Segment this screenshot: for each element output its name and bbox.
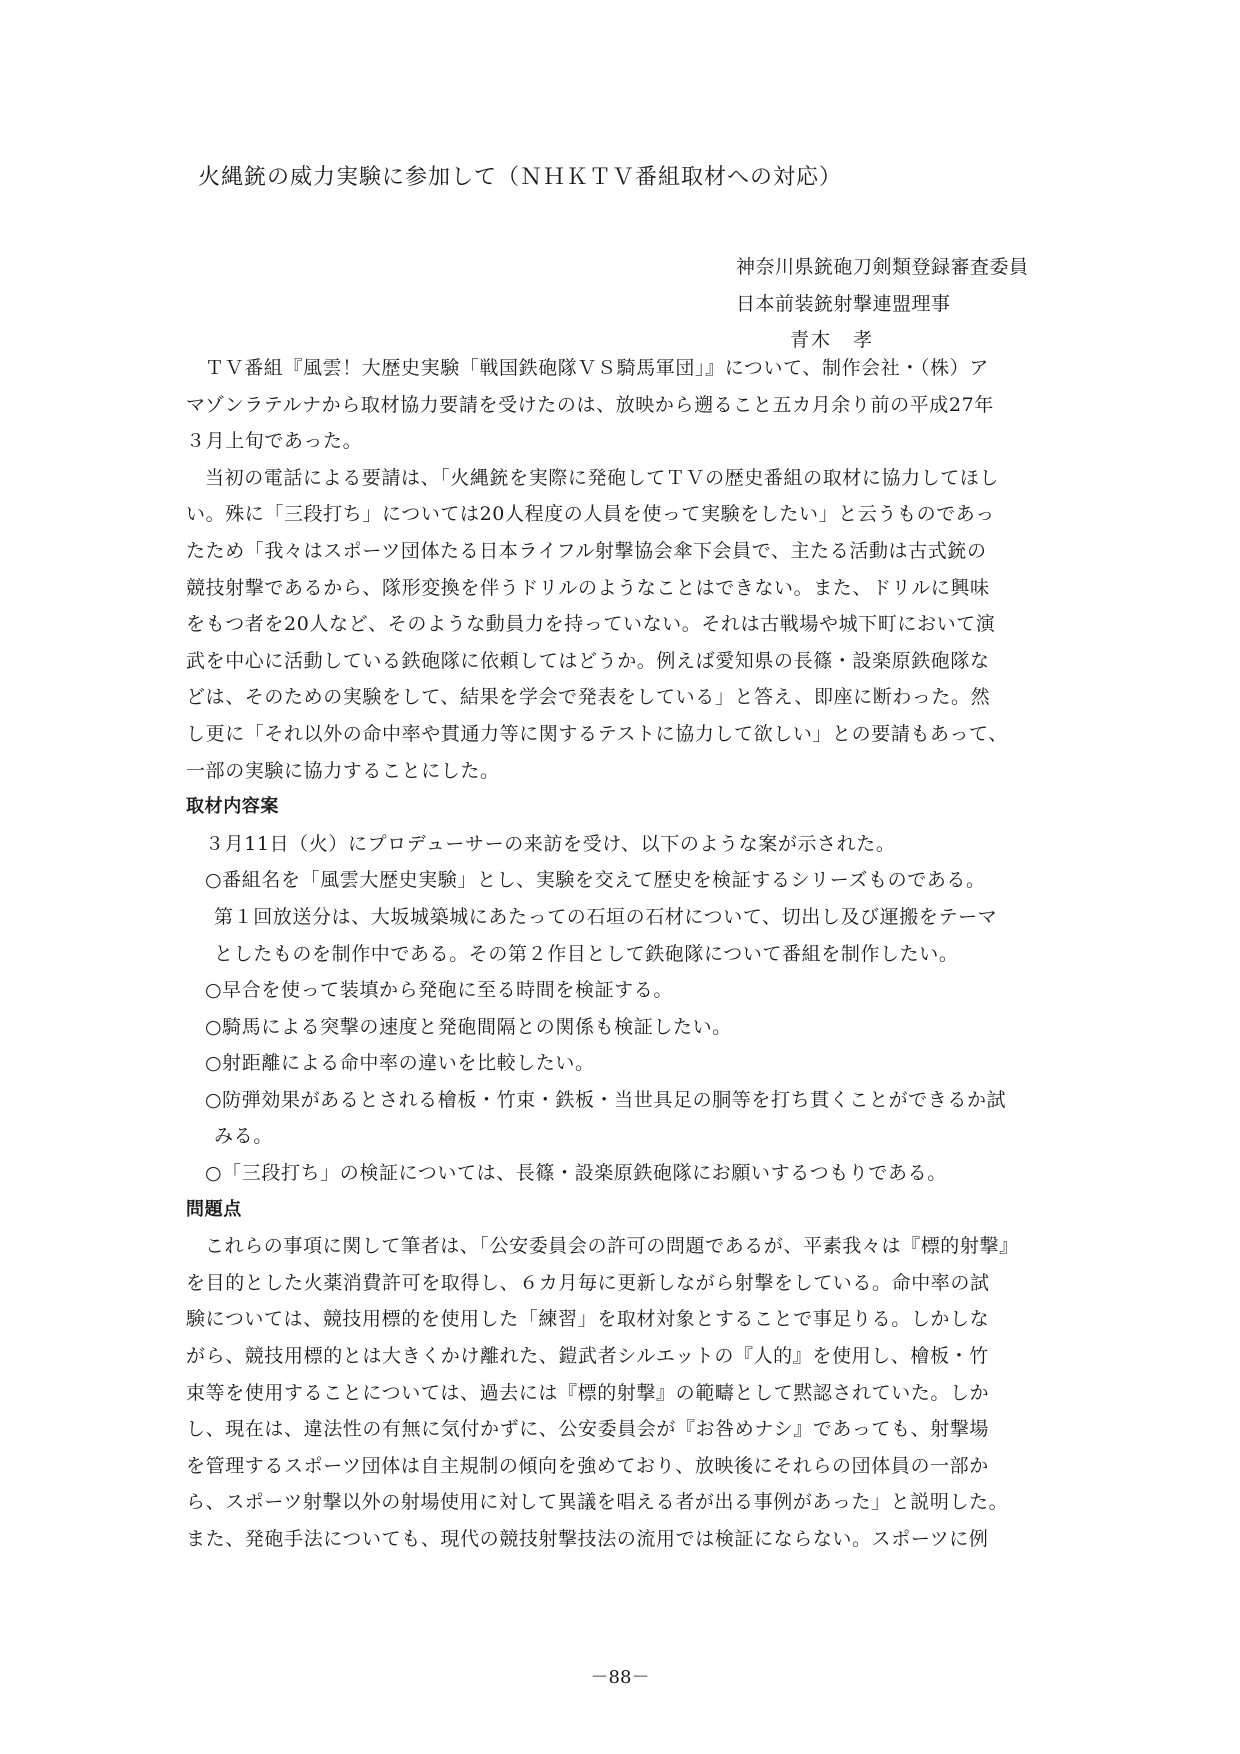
paragraph-line: をもつ者を20人など、そのような動員力を持っていない。それは古戦場や城下町におい… <box>186 606 1096 643</box>
paragraph-line: がら、競技用標的とは大きくかけ離れた、鎧武者シルエットの『人的』を使用し、檜板・… <box>186 1338 1096 1375</box>
section-heading: 問題点 <box>186 1192 1096 1229</box>
article-body: ＴＶ番組『風雲！大歴史実験「戦国鉄砲隊ＶＳ騎馬軍団」』について、制作会社・（株）… <box>186 350 1096 1558</box>
paragraph-line: 当初の電話による要請は、「火縄銃を実際に発砲してＴＶの歴史番組の取材に協力してほ… <box>186 460 1096 497</box>
list-item: ○早合を使って装填から発砲に至る時間を検証する。 <box>186 972 1096 1009</box>
list-item-continuation: みる。 <box>186 1118 1096 1155</box>
page-number: －88－ <box>0 1663 1240 1689</box>
paragraph-line: どは、そのための実験をして、結果を学会で発表をしている」と答え、即座に断わった。… <box>186 679 1096 716</box>
paragraph-line: し更に「それ以外の命中率や貫通力等に関するテストに協力して欲しい」との要請もあっ… <box>186 716 1096 753</box>
paragraph-line: たため「我々はスポーツ団体たる日本ライフル射撃協会傘下会員で、主たる活動は古式銃… <box>186 533 1096 570</box>
paragraph-line: これらの事項に関して筆者は、「公安委員会の許可の問題であるが、平素我々は『標的射… <box>186 1228 1096 1265</box>
paragraph-line: 束等を使用することについては、過去には『標的射撃』の範疇として黙認されていた。し… <box>186 1375 1096 1412</box>
paragraph-line: 一部の実験に協力することにした。 <box>186 753 1096 790</box>
paragraph-line: ら、スポーツ射撃以外の射場使用に対して異議を唱える者が出る事例があった」と説明し… <box>186 1484 1096 1521</box>
author-name: 青木 孝 <box>790 325 874 352</box>
list-item-continuation: としたものを制作中である。その第２作目として鉄砲隊について番組を制作したい。 <box>186 936 1096 973</box>
paragraph-line: また、発砲手法についても、現代の競技射撃技法の流用では検証にならない。スポーツに… <box>186 1521 1096 1558</box>
article-title: 火縄銃の威力実験に参加して（ＮＨＫＴＶ番組取材への対応） <box>198 160 842 191</box>
list-item: ○番組名を「風雲大歴史実験」とし、実験を交えて歴史を検証するシリーズものである。 <box>186 862 1096 899</box>
section-heading: 取材内容案 <box>186 789 1096 826</box>
paragraph-line: 競技射撃であるから、隊形変換を伴うドリルのようなことはできない。また、ドリルに興… <box>186 570 1096 607</box>
list-item: ○「三段打ち」の検証については、長篠・設楽原鉄砲隊にお願いするつもりである。 <box>186 1155 1096 1192</box>
paragraph-line: 験については、競技用標的を使用した「練習」を取材対象とすることで事足りる。しかし… <box>186 1301 1096 1338</box>
paragraph-line: ３月11日（火）にプロデューサーの来訪を受け、以下のような案が示された。 <box>186 826 1096 863</box>
paragraph-line: し、現在は、違法性の有無に気付かずに、公安委員会が『お咎めナシ』であっても、射撃… <box>186 1411 1096 1448</box>
paragraph-line: を目的とした火薬消費許可を取得し、６カ月毎に更新しながら射撃をしている。命中率の… <box>186 1265 1096 1302</box>
paragraph-line: い。殊に「三段打ち」については20人程度の人員を使って実験をしたい」と云うもので… <box>186 496 1096 533</box>
paragraph-line: ＴＶ番組『風雲！大歴史実験「戦国鉄砲隊ＶＳ騎馬軍団」』について、制作会社・（株）… <box>186 350 1096 387</box>
author-affiliation-2: 日本前装銃射撃連盟理事 <box>736 289 951 316</box>
paragraph-line: ３月上旬であった。 <box>186 423 1096 460</box>
paragraph-line: 武を中心に活動している鉄砲隊に依頼してはどうか。例えば愛知県の長篠・設楽原鉄砲隊… <box>186 643 1096 680</box>
author-affiliation-1: 神奈川県銃砲刀剣類登録審査委員 <box>736 252 1029 279</box>
paragraph-line: を管理するスポーツ団体は自主規制の傾向を強めており、放映後にそれらの団体員の一部… <box>186 1448 1096 1485</box>
document-page: 火縄銃の威力実験に参加して（ＮＨＫＴＶ番組取材への対応） 神奈川県銃砲刀剣類登録… <box>0 0 1240 1754</box>
paragraph-line: マゾンラテルナから取材協力要請を受けたのは、放映から遡ること五カ月余り前の平成2… <box>186 387 1096 424</box>
list-item: ○射距離による命中率の違いを比較したい。 <box>186 1045 1096 1082</box>
list-item: ○防弾効果があるとされる檜板・竹束・鉄板・当世具足の胴等を打ち貫くことができるか… <box>186 1082 1096 1119</box>
list-item-continuation: 第１回放送分は、大坂城築城にあたっての石垣の石材について、切出し及び運搬をテーマ <box>186 899 1096 936</box>
list-item: ○騎馬による突撃の速度と発砲間隔との関係も検証したい。 <box>186 1009 1096 1046</box>
